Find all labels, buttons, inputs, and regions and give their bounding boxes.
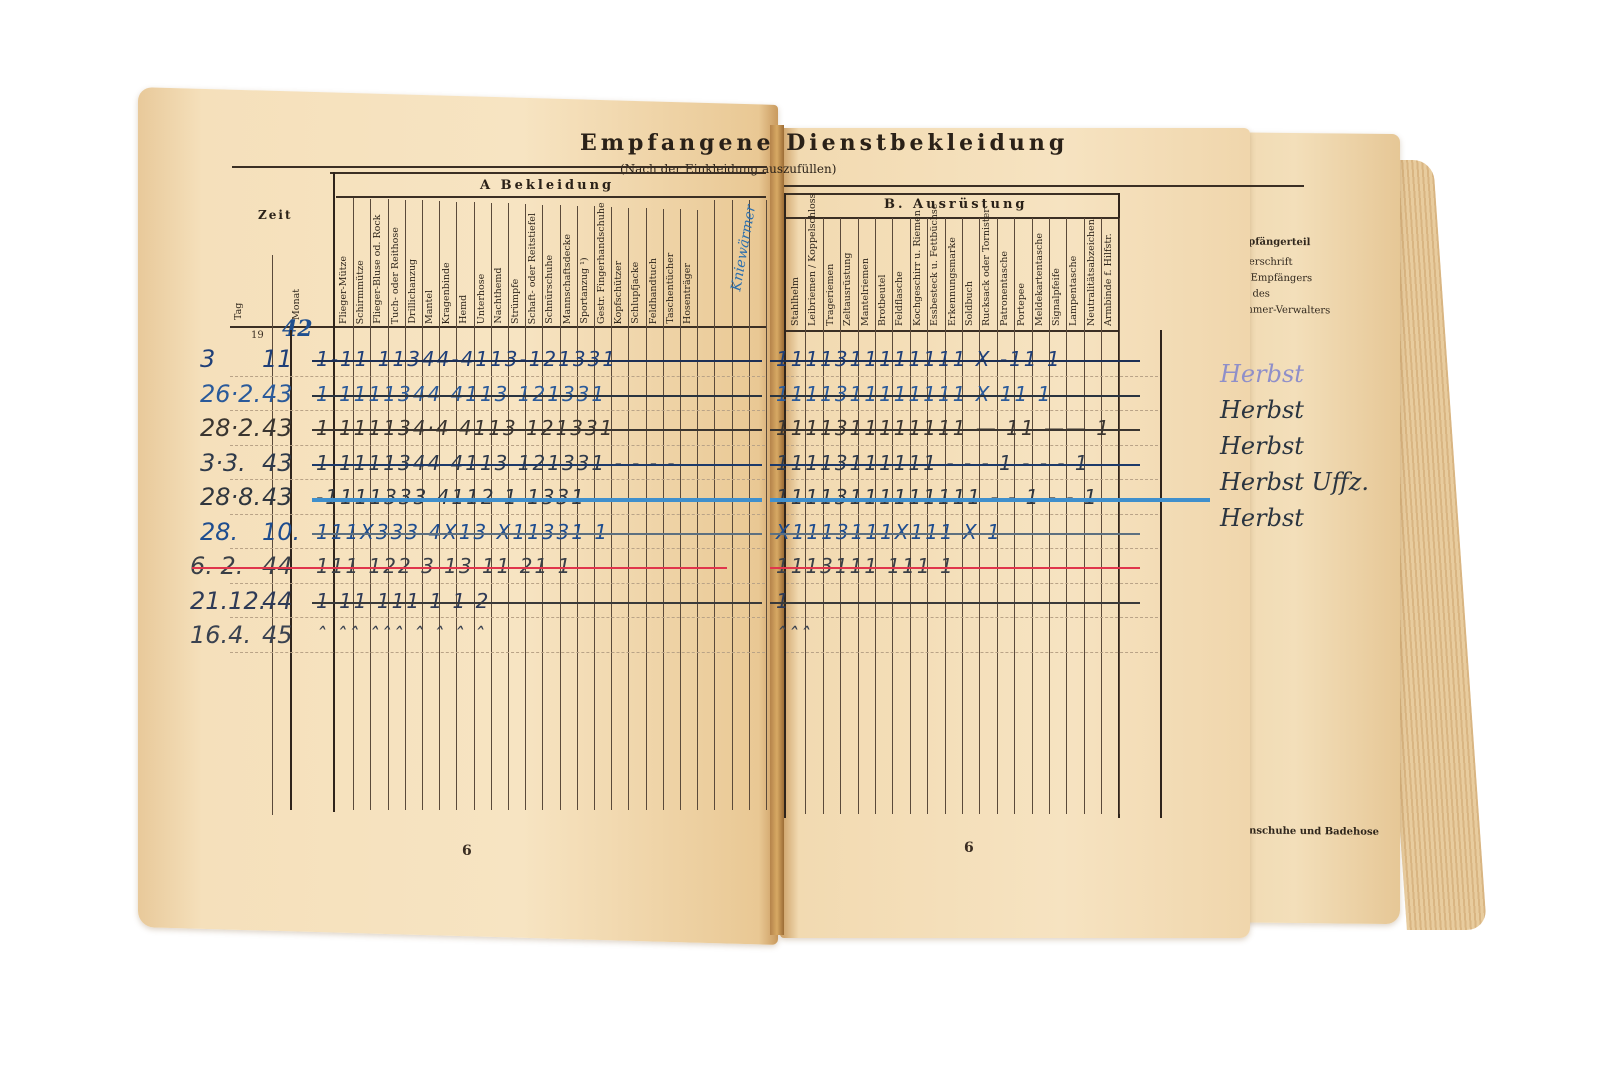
section-b-heading: B. Ausrüstung <box>884 197 1028 212</box>
soldbuch-photo: Empfängerteil Unterschrift des Empfänger… <box>0 0 1600 1067</box>
column-header-b: Trageriemen <box>824 220 838 326</box>
row-date-month: 43 <box>262 380 293 408</box>
signature: Herbst <box>1220 396 1304 424</box>
page-number-right: 6 <box>964 840 974 856</box>
row-values-a: 1 1111344 4113 121331 <box>316 382 606 406</box>
row-values-a: -1111333 4112 1 1331 <box>316 485 586 509</box>
row-values-a: ˆ ˆˆ ˆˆˆ ˆ ˆ ˆ ˆ <box>316 623 486 647</box>
rule <box>784 330 1120 332</box>
row-date-month: 45 <box>262 621 293 649</box>
section-a-heading: A Bekleidung <box>480 178 614 193</box>
signature: Herbst Uffz. <box>1220 468 1369 496</box>
column-header-a: Flieger-Bluse od. Rock <box>371 201 385 324</box>
row-date-month: 11 <box>262 345 293 373</box>
row-date-day: 21.12. <box>190 587 266 615</box>
row-date-day: 16.4. <box>190 621 251 649</box>
rule <box>784 185 1304 187</box>
strike-line <box>770 360 1140 362</box>
grid-line <box>697 210 698 810</box>
column-header-a: Taschentücher <box>664 211 678 324</box>
column-header-a: Tuch- oder Reithose <box>389 202 403 324</box>
row-dotted-rule <box>786 410 1158 411</box>
page-subtitle: (Nach der Einkleidung auszufüllen) <box>620 162 836 176</box>
rule <box>232 166 767 168</box>
row-date-day: 26·2. <box>200 380 261 408</box>
row-date-month: 44 <box>262 552 293 580</box>
row-values-b: X1113111X111 X 1 <box>776 520 1002 544</box>
row-values-a: 1 11 111 1 1 2 <box>316 589 490 613</box>
row-values-a: 111 122 3 13 11 21 1 <box>316 554 572 578</box>
row-dotted-rule <box>786 445 1158 446</box>
row-date-month: 44 <box>262 587 293 615</box>
monat-label: Monat <box>290 280 304 320</box>
column-header-a: Schlupfjacke <box>629 210 643 324</box>
column-header-a: Nachthemd <box>492 205 506 324</box>
signature: Herbst <box>1220 360 1304 388</box>
row-values-b: 11113111111111 - - 1 - - 1 <box>776 485 1099 509</box>
row-values-a: 1-11 11344-4113-121331 <box>316 347 617 371</box>
rule <box>784 193 1120 195</box>
row-dotted-rule <box>230 410 765 411</box>
grid-line <box>714 200 715 810</box>
column-header-a: Kragenbinde <box>440 204 454 324</box>
signature: Herbst <box>1220 504 1304 532</box>
grid-line <box>766 200 767 810</box>
column-header-a: Gestr. Fingerhandschuhe <box>595 209 609 324</box>
column-header-b: Erkennungsmarke <box>946 220 960 326</box>
row-date-day: 28·8. <box>200 483 261 511</box>
column-header-a: Flieger-Mütze <box>337 200 351 324</box>
row-values-b: 1111311111111 X 11 1 <box>776 382 1052 406</box>
column-header-b: Meldekartentasche <box>1033 220 1047 326</box>
page-number-left: 6 <box>462 843 472 859</box>
strike-line <box>770 498 1210 502</box>
row-values-b: 1113111 111 1 <box>776 554 955 578</box>
column-header-b: Stahlhelm <box>789 220 803 326</box>
receipt-footer: Turnschuhe und Badehose <box>1230 825 1379 838</box>
strike-line <box>770 533 1140 535</box>
column-header-a: Kopfschützer <box>612 210 626 324</box>
row-dotted-rule <box>230 652 765 653</box>
column-header-a: Schirmmütze <box>354 201 368 324</box>
rule <box>784 217 1120 219</box>
grid-line <box>1119 218 1120 814</box>
column-header-a: Schnürschuhe <box>543 207 557 324</box>
column-header-a: Strümpfe <box>509 206 523 324</box>
column-header-a: Sportanzug ¹) <box>578 208 592 324</box>
strike-line <box>312 602 762 604</box>
strike-line <box>192 567 727 569</box>
strike-line <box>770 567 1140 569</box>
strike-line <box>312 360 762 362</box>
row-date-month: 43 <box>262 483 293 511</box>
row-dotted-rule <box>230 445 765 446</box>
column-header-a: Mannschaftsdecke <box>561 208 575 324</box>
row-date-month: 43 <box>262 449 293 477</box>
row-values-a: 111X333 4X13 X11331 1 <box>316 520 609 544</box>
strike-line <box>770 429 1140 431</box>
column-header-b: Neutralitätsabzeichen <box>1085 220 1099 326</box>
column-header-b: Feldflasche <box>893 220 907 326</box>
column-header-b: Brotbeutel <box>876 220 890 326</box>
rule <box>336 196 766 198</box>
signature: Herbst <box>1220 432 1304 460</box>
row-date-day: 3·3. <box>200 449 246 477</box>
column-header-b: Signalpfeife <box>1050 220 1064 326</box>
row-dotted-rule <box>786 376 1158 377</box>
row-dotted-rule <box>230 514 765 515</box>
row-date-month: 43 <box>262 414 293 442</box>
page-title: Empfangene Dienstbekleidung <box>580 130 1068 156</box>
strike-line <box>312 533 762 535</box>
row-values-b: 11113111111 - - - 1 - - - 1 <box>776 451 1090 475</box>
row-dotted-rule <box>230 479 765 480</box>
row-values-b: ˆˆˆ <box>776 623 812 647</box>
row-date-day: 3 <box>200 345 215 373</box>
row-date-month: 10. <box>262 518 300 546</box>
column-header-b: Portepee <box>1015 220 1029 326</box>
year-prefix: 19 <box>251 330 264 341</box>
row-dotted-rule <box>230 376 765 377</box>
column-header-a: Schaft- oder Reitstiefel <box>526 207 540 324</box>
strike-line <box>312 429 762 431</box>
row-dotted-rule <box>230 583 765 584</box>
year-handwritten: 42 <box>282 316 313 342</box>
column-header-b: Kochgeschirr u. Riemen <box>911 220 925 326</box>
row-values-b: 1111311111111 X -11 1 <box>776 347 1062 371</box>
strike-line <box>312 498 762 502</box>
strike-line <box>770 602 1140 604</box>
tag-label: Tag <box>232 290 246 320</box>
column-header-a: Mantel <box>423 203 437 324</box>
row-dotted-rule <box>786 652 1158 653</box>
row-dotted-rule <box>230 548 765 549</box>
row-values-a: 1 111134·4 4113 121331 <box>316 416 614 440</box>
column-header-a: Drillichanzug <box>406 202 420 324</box>
column-header-b: Lampentasche <box>1067 220 1081 326</box>
column-header-a: Hemd <box>457 204 471 324</box>
row-values-b: 1111311111111 — 11 —— 1 <box>776 416 1111 440</box>
row-dotted-rule <box>786 479 1158 480</box>
column-header-b: Leibriemen / Koppelschloss <box>806 220 820 326</box>
strike-line <box>770 395 1140 397</box>
row-values-a: 1 1111344 4113 121331 - - - - <box>316 451 676 475</box>
column-header-a: Hosenträger <box>681 212 695 324</box>
column-header-b: Patronentasche <box>998 220 1012 326</box>
row-dotted-rule <box>786 514 1158 515</box>
row-date-day: 28·2. <box>200 414 261 442</box>
column-header-b: Soldbuch <box>963 220 977 326</box>
grid-line <box>732 200 733 810</box>
row-values-b: 1 <box>776 589 791 613</box>
column-header-a: Feldhandtuch <box>647 211 661 324</box>
row-dotted-rule <box>786 583 1158 584</box>
column-header-b: Mantelriemen <box>859 220 873 326</box>
column-header-b: Rucksack oder Tornister <box>980 220 994 326</box>
column-header-a: Unterhose <box>475 205 489 324</box>
strike-line <box>312 464 762 466</box>
row-date-day: 28. <box>200 518 238 546</box>
zeit-header: Zeit <box>258 208 293 222</box>
table-border <box>1160 330 1162 818</box>
row-dotted-rule <box>786 617 1158 618</box>
strike-line <box>770 464 1140 466</box>
strike-line <box>312 395 762 397</box>
column-header-b: Armbinde f. Hilfstr. <box>1102 220 1116 326</box>
column-header-b: Essbesteck u. Fettbüchse <box>928 220 942 326</box>
row-dotted-rule <box>230 617 765 618</box>
column-header-b: Zeltausrüstung <box>841 220 855 326</box>
rule <box>330 172 766 174</box>
row-dotted-rule <box>786 548 1158 549</box>
grid-line <box>749 200 750 810</box>
row-date-day: 6. 2. <box>190 552 243 580</box>
